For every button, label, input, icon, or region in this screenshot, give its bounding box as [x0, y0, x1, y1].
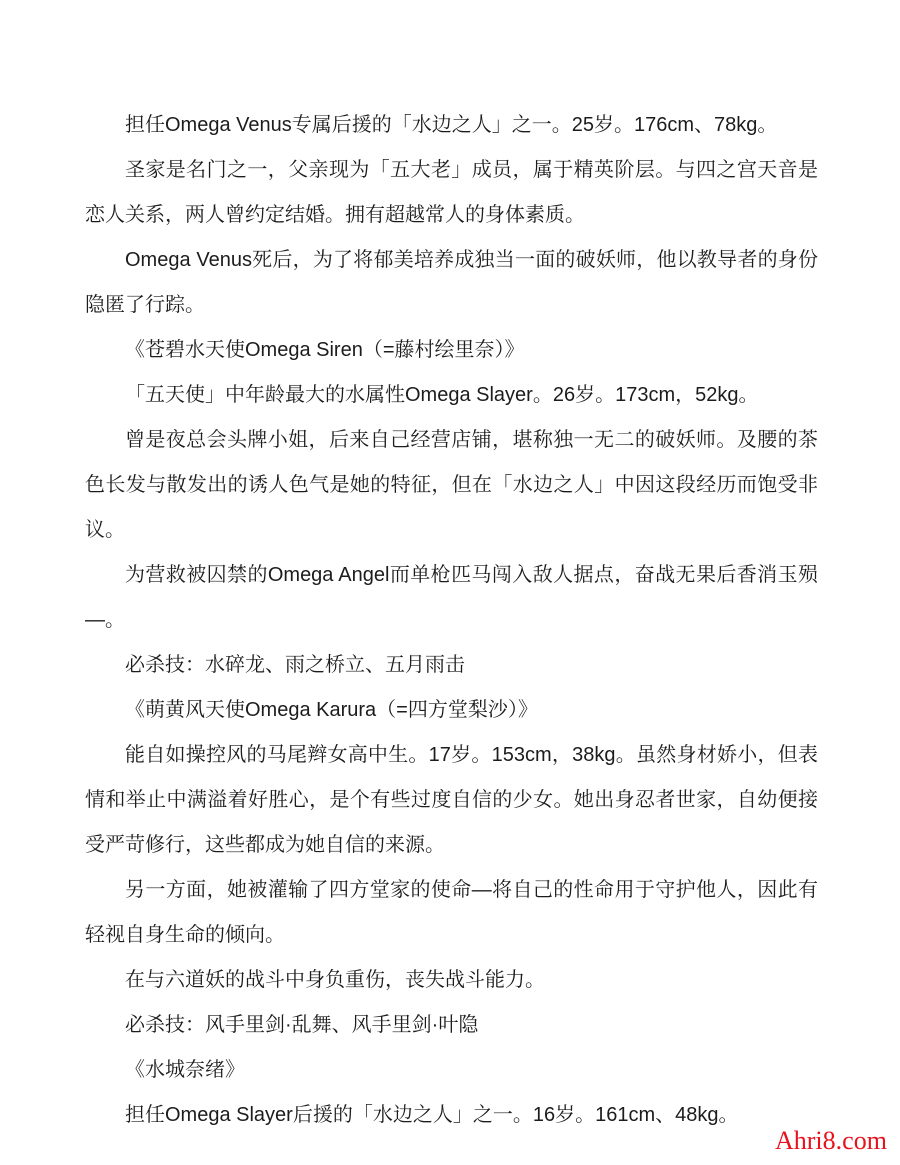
paragraph: 《苍碧水天使Omega Siren（=藤村绘里奈）》 [85, 328, 818, 373]
paragraph: 另一方面，她被灌输了四方堂家的使命—将自己的性命用于守护他人，因此有轻视自身生命… [85, 868, 818, 958]
paragraph: 能自如操控风的马尾辫女高中生。17岁。153cm，38kg。虽然身材娇小，但表情… [85, 733, 818, 868]
paragraph: 圣家是名门之一，父亲现为「五大老」成员，属于精英阶层。与四之宫天音是恋人关系，两… [85, 148, 818, 238]
paragraph: 担任Omega Slayer后援的「水边之人」之一。16岁。161cm、48kg… [85, 1093, 818, 1138]
paragraph: 在与六道妖的战斗中身负重伤，丧失战斗能力。 [85, 958, 818, 1003]
paragraph: 必杀技：水碎龙、雨之桥立、五月雨击 [85, 643, 818, 688]
document-page: 担任Omega Venus专属后援的「水边之人」之一。25岁。176cm、78k… [0, 0, 900, 1165]
paragraph: 必杀技：风手里剑·乱舞、风手里剑·叶隐 [85, 1003, 818, 1048]
paragraph: 为营救被囚禁的Omega Angel而单枪匹马闯入敌人据点，奋战无果后香消玉殒—… [85, 553, 818, 643]
paragraph: Omega Venus死后，为了将郁美培养成独当一面的破妖师，他以教导者的身份隐… [85, 238, 818, 328]
paragraph: 担任Omega Venus专属后援的「水边之人」之一。25岁。176cm、78k… [85, 103, 818, 148]
document-body: 担任Omega Venus专属后援的「水边之人」之一。25岁。176cm、78k… [85, 103, 818, 1138]
paragraph: 《水城奈绪》 [85, 1048, 818, 1093]
paragraph: 「五天使」中年龄最大的水属性Omega Slayer。26岁。173cm，52k… [85, 373, 818, 418]
site-watermark: Ahri8.com [775, 1127, 887, 1155]
paragraph: 曾是夜总会头牌小姐，后来自己经营店铺，堪称独一无二的破妖师。及腰的茶色长发与散发… [85, 418, 818, 553]
paragraph: 《萌黄风天使Omega Karura（=四方堂梨沙）》 [85, 688, 818, 733]
